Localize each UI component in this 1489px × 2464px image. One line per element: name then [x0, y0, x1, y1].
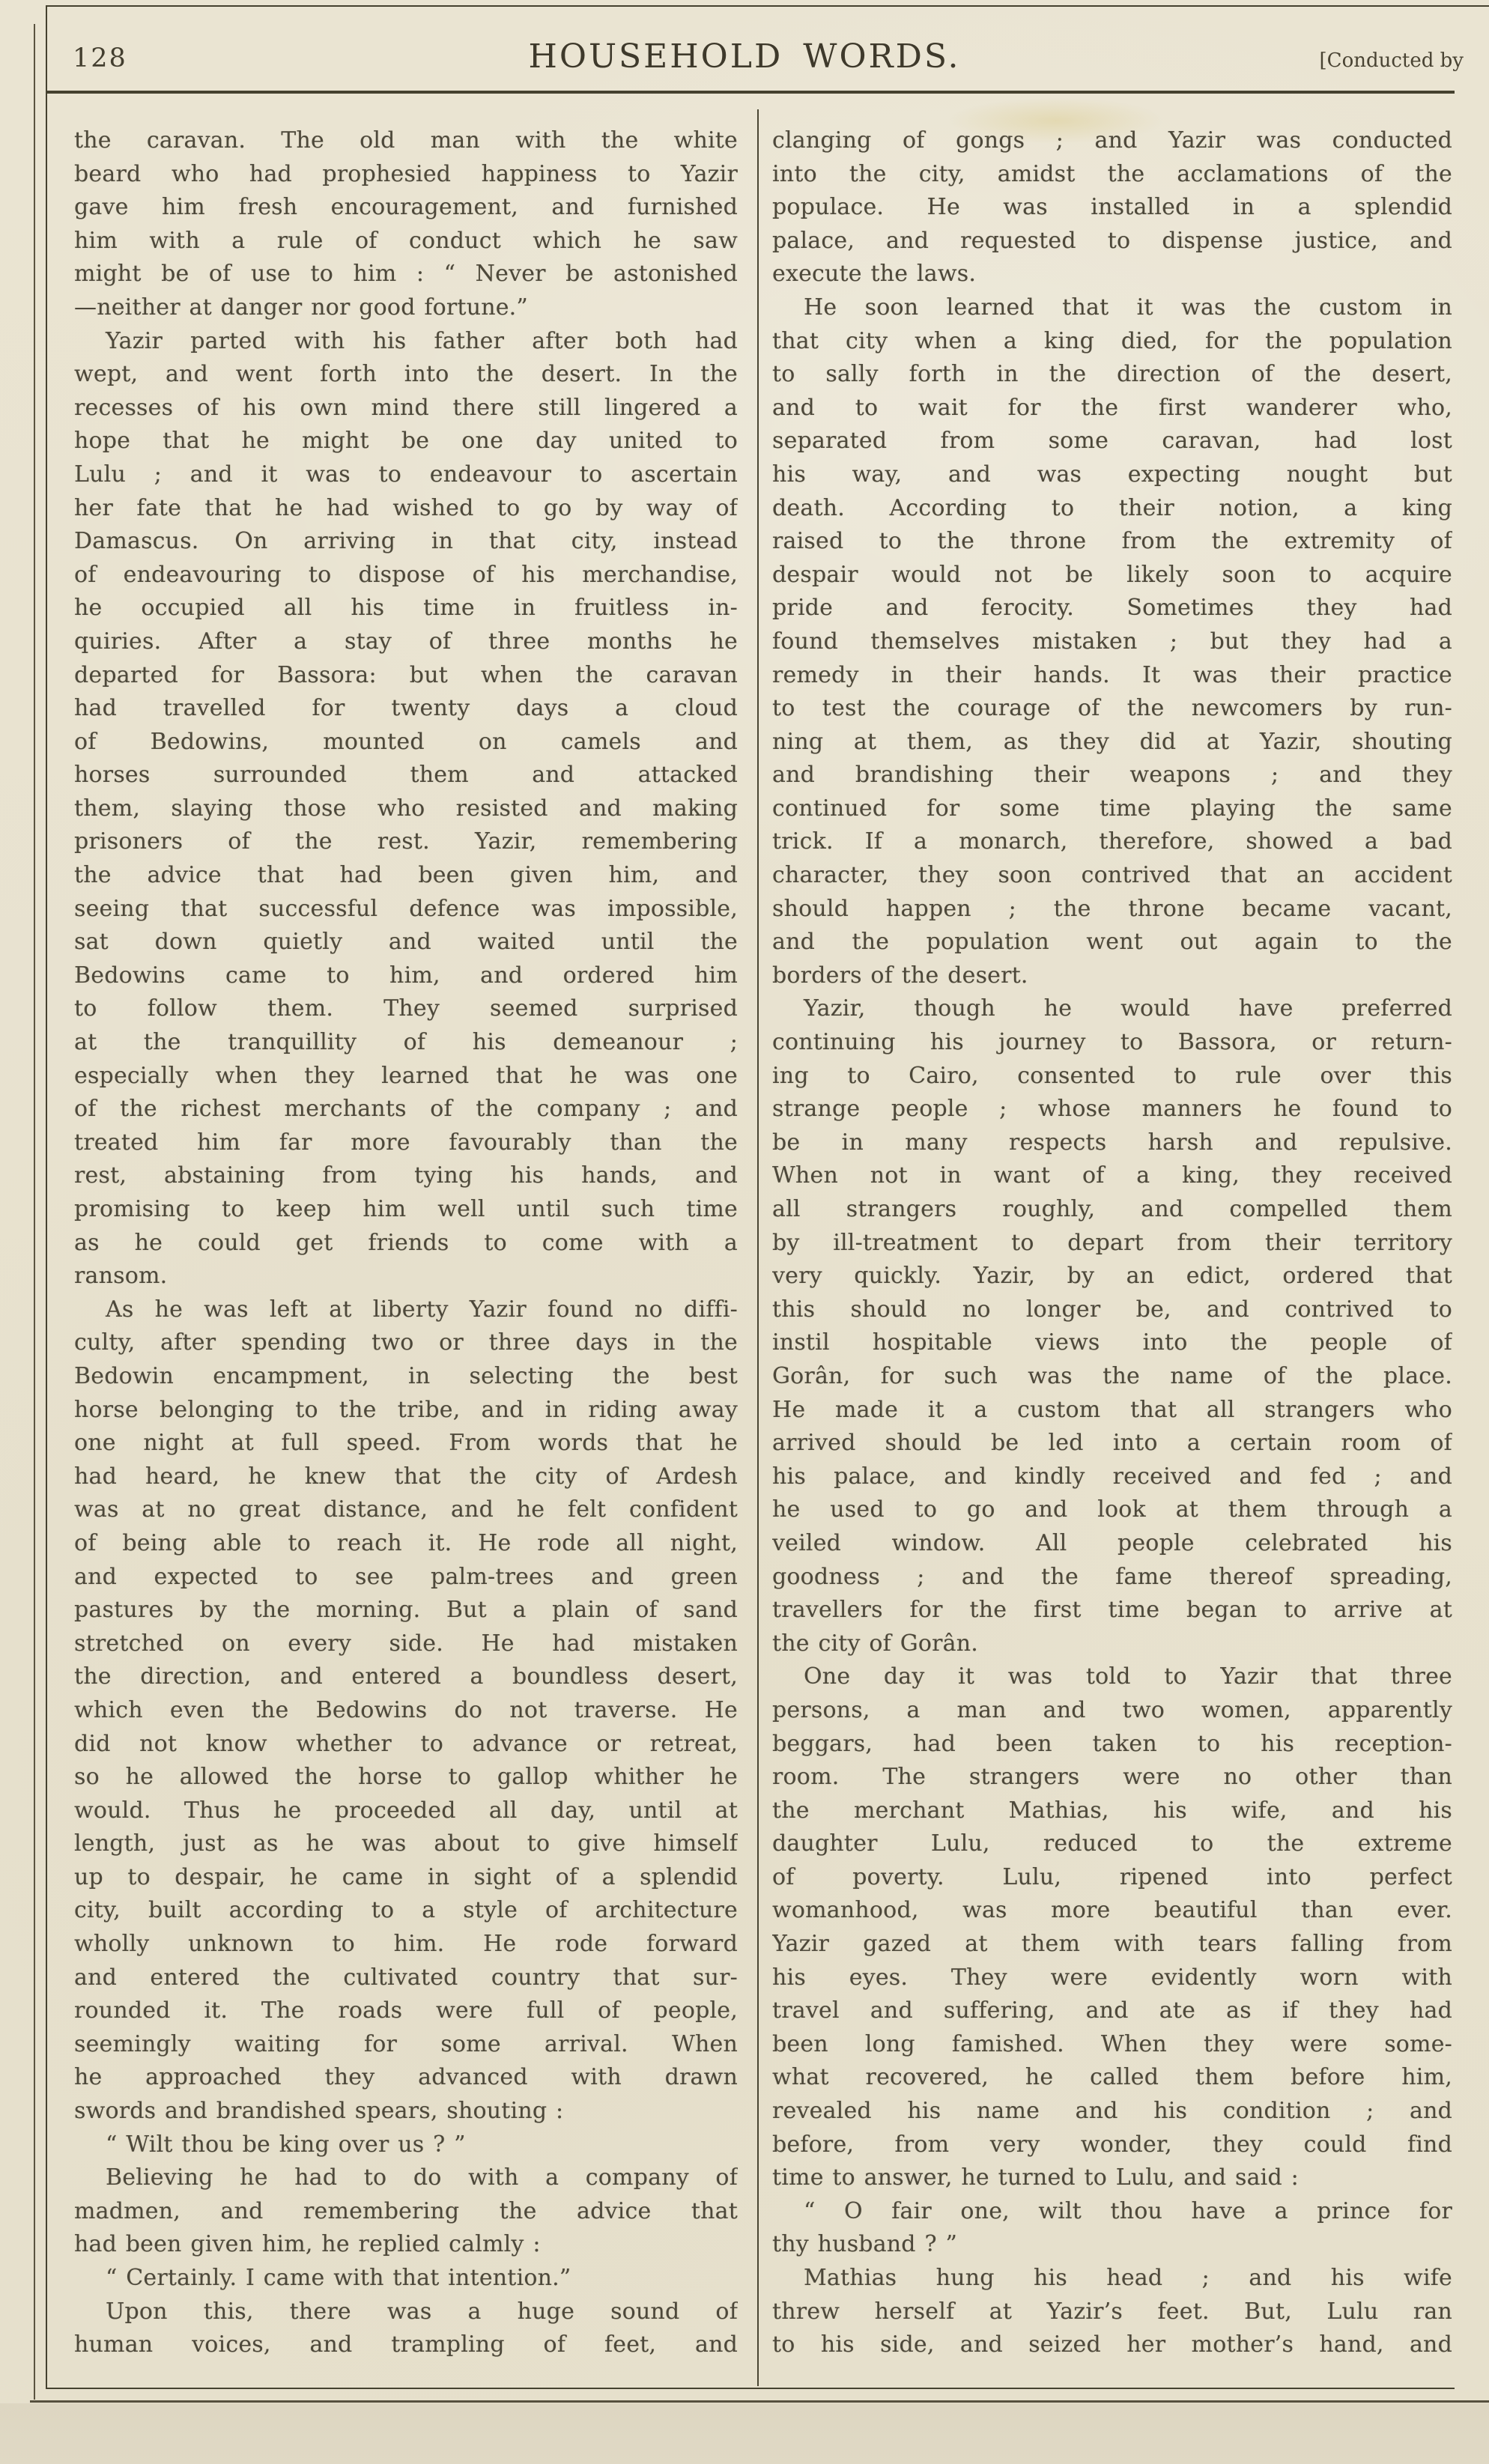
text-line: of being able to reach it. He rode all n…: [74, 1527, 738, 1561]
text-line: his palace, and kindly received and fed …: [772, 1460, 1452, 1494]
text-line: to his side, and seized her mother’s han…: [772, 2328, 1452, 2362]
text-line: Upon this, there was a huge sound of: [74, 2295, 738, 2329]
journal-title: HOUSEHOLD WORDS.: [0, 37, 1489, 76]
text-line: quiries. After a stay of three months he: [74, 625, 738, 659]
text-line: his way, and was expecting nought but: [772, 458, 1452, 492]
text-line: might be of use to him : “ Never be asto…: [74, 258, 738, 291]
text-line: horses surrounded them and attacked: [74, 759, 738, 792]
text-line: Bedowins came to him, and ordered him: [74, 959, 738, 993]
text-line: that city when a king died, for the popu…: [772, 325, 1452, 359]
text-line: and expected to see palm-trees and green: [74, 1561, 738, 1594]
text-line: and brandishing their weapons ; and they: [772, 759, 1452, 792]
text-line: so he allowed the horse to gallop whithe…: [74, 1761, 738, 1794]
header-rule: [46, 91, 1455, 94]
text-line: to test the courage of the newcomers by …: [772, 692, 1452, 726]
text-line: He soon learned that it was the custom i…: [772, 291, 1452, 325]
text-line: rest, abstaining from tying his hands, a…: [74, 1159, 738, 1193]
text-line: One day it was told to Yazir that three: [772, 1660, 1452, 1694]
text-line: travel and suffering, and ate as if they…: [772, 1994, 1452, 2028]
text-line: treated him far more favourably than the: [74, 1126, 738, 1160]
text-line: He made it a custom that all strangers w…: [772, 1394, 1452, 1427]
page-edge-left-outer-rule: [34, 24, 35, 2400]
text-line: revealed his name and his condition ; an…: [772, 2095, 1452, 2128]
text-line: horse belonging to the tribe, and in rid…: [74, 1394, 738, 1427]
text-line: palace, and requested to dispense justic…: [772, 225, 1452, 258]
text-line: borders of the desert.: [772, 959, 1452, 993]
text-line: Believing he had to do with a company of: [74, 2161, 738, 2195]
text-column-left: the caravan. The old man with the whiteb…: [74, 124, 738, 2362]
text-line: of endeavouring to dispose of his mercha…: [74, 559, 738, 592]
text-line: separated from some caravan, had lost: [772, 425, 1452, 458]
text-line: him with a rule of conduct which he saw: [74, 225, 738, 258]
text-line: to sally forth in the direction of the d…: [772, 358, 1452, 392]
text-line: death. According to their notion, a king: [772, 492, 1452, 526]
text-line: ing to Cairo, consented to rule over thi…: [772, 1060, 1452, 1093]
text-line: seemingly waiting for some arrival. When: [74, 2028, 738, 2062]
column-divider-rule: [757, 109, 759, 2386]
text-line: hope that he might be one day united to: [74, 425, 738, 458]
text-line: When not in want of a king, they receive…: [772, 1159, 1452, 1193]
text-line: human voices, and trampling of feet, and: [74, 2328, 738, 2362]
text-line: Mathias hung his head ; and his wife: [772, 2262, 1452, 2295]
text-line: remedy in their hands. It was their prac…: [772, 659, 1452, 693]
text-line: did not know whether to advance or retre…: [74, 1728, 738, 1761]
text-line: wept, and went forth into the desert. In…: [74, 358, 738, 392]
text-line: by ill-treatment to depart from their te…: [772, 1227, 1452, 1260]
text-line: into the city, amidst the acclamations o…: [772, 158, 1452, 192]
text-line: swords and brandished spears, shouting :: [74, 2095, 738, 2128]
text-line: “ O fair one, wilt thou have a prince fo…: [772, 2195, 1452, 2229]
text-line: ransom.: [74, 1260, 738, 1293]
text-line: daughter Lulu, reduced to the extreme: [772, 1827, 1452, 1861]
text-line: goodness ; and the fame thereof spreadin…: [772, 1561, 1452, 1594]
page-bottom-margin: [0, 2403, 1489, 2464]
text-line: threw herself at Yazir’s feet. But, Lulu…: [772, 2295, 1452, 2329]
text-line: up to despair, he came in sight of a spl…: [74, 1861, 738, 1895]
text-line: which even the Bedowins do not traverse.…: [74, 1694, 738, 1728]
text-line: the merchant Mathias, his wife, and his: [772, 1794, 1452, 1828]
text-line: of the richest merchants of the company …: [74, 1093, 738, 1126]
text-line: veiled window. All people celebrated his: [772, 1527, 1452, 1561]
text-line: them, slaying those who resisted and mak…: [74, 792, 738, 826]
text-line: of Bedowins, mounted on camels and: [74, 726, 738, 759]
text-line: gave him fresh encouragement, and furnis…: [74, 191, 738, 225]
text-line: this should no longer be, and contrived …: [772, 1293, 1452, 1327]
text-line: pastures by the morning. But a plain of …: [74, 1594, 738, 1627]
page-border-bottom-rule: [46, 2388, 1455, 2389]
text-line: departed for Bassora: but when the carav…: [74, 659, 738, 693]
text-line: instil hospitable views into the people …: [772, 1326, 1452, 1360]
text-line: the direction, and entered a boundless d…: [74, 1660, 738, 1694]
text-line: the city of Gorân.: [772, 1627, 1452, 1661]
text-line: very quickly. Yazir, by an edict, ordere…: [772, 1260, 1452, 1293]
text-line: continued for some time playing the same: [772, 792, 1452, 826]
text-line: he occupied all his time in fruitless in…: [74, 592, 738, 625]
text-line: —neither at danger nor good fortune.”: [74, 291, 738, 325]
text-line: before, from very wonder, they could fin…: [772, 2128, 1452, 2162]
text-line: her fate that he had wished to go by way…: [74, 492, 738, 526]
text-line: continuing his journey to Bassora, or re…: [772, 1026, 1452, 1060]
text-line: and to wait for the first wanderer who,: [772, 392, 1452, 425]
text-line: rounded it. The roads were full of peopl…: [74, 1994, 738, 2028]
text-line: beggars, had been taken to his reception…: [772, 1728, 1452, 1761]
text-line: all strangers roughly, and compelled the…: [772, 1193, 1452, 1227]
text-line: he used to go and look at them through a: [772, 1493, 1452, 1527]
text-line: execute the laws.: [772, 258, 1452, 291]
text-line: the caravan. The old man with the white: [74, 124, 738, 158]
text-line: stretched on every side. He had mistaken: [74, 1627, 738, 1661]
text-line: and entered the cultivated country that …: [74, 1961, 738, 1995]
text-line: had heard, he knew that the city of Arde…: [74, 1460, 738, 1494]
text-line: of poverty. Lulu, ripened into perfect: [772, 1861, 1452, 1895]
text-line: recesses of his own mind there still lin…: [74, 392, 738, 425]
text-line: trick. If a monarch, therefore, showed a…: [772, 825, 1452, 859]
text-line: and the population went out again to the: [772, 926, 1452, 959]
text-line: Yazir parted with his father after both …: [74, 325, 738, 359]
text-line: his eyes. They were evidently worn with: [772, 1961, 1452, 1995]
text-line: time to answer, he turned to Lulu, and s…: [772, 2161, 1452, 2195]
text-line: Yazir, though he would have preferred: [772, 992, 1452, 1026]
page-edge-bottom-rule: [30, 2400, 1489, 2403]
text-line: wholly unknown to him. He rode forward: [74, 1928, 738, 1961]
text-line: had been given him, he replied calmly :: [74, 2228, 738, 2262]
page-border-left-rule: [46, 5, 47, 2389]
text-line: length, just as he was about to give him…: [74, 1827, 738, 1861]
text-line: populace. He was installed in a splendid: [772, 191, 1452, 225]
text-line: especially when they learned that he was…: [74, 1060, 738, 1093]
text-line: madmen, and remembering the advice that: [74, 2195, 738, 2229]
text-line: was at no great distance, and he felt co…: [74, 1493, 738, 1527]
text-line: be in many respects harsh and repulsive.: [772, 1126, 1452, 1160]
text-line: promising to keep him well until such ti…: [74, 1193, 738, 1227]
text-line: found themselves mistaken ; but they had…: [772, 625, 1452, 659]
text-line: to follow them. They seemed surprised: [74, 992, 738, 1026]
text-line: been long famished. When they were some-: [772, 2028, 1452, 2062]
text-line: Lulu ; and it was to endeavour to ascert…: [74, 458, 738, 492]
text-line: arrived should be led into a certain roo…: [772, 1427, 1452, 1460]
text-line: seeing that successful defence was impos…: [74, 893, 738, 926]
text-line: Damascus. On arriving in that city, inst…: [74, 525, 738, 559]
text-line: had travelled for twenty days a cloud: [74, 692, 738, 726]
text-line: travellers for the first time began to a…: [772, 1594, 1452, 1627]
text-line: city, built according to a style of arch…: [74, 1894, 738, 1928]
text-line: prisoners of the rest. Yazir, rememberin…: [74, 825, 738, 859]
text-line: pride and ferocity. Sometimes they had: [772, 592, 1452, 625]
text-line: room. The strangers were no other than: [772, 1761, 1452, 1794]
text-line: womanhood, was more beautiful than ever.: [772, 1894, 1452, 1928]
text-line: persons, a man and two women, apparently: [772, 1694, 1452, 1728]
text-line: “ Certainly. I came with that intention.…: [74, 2262, 738, 2295]
text-line: ning at them, as they did at Yazir, shou…: [772, 726, 1452, 759]
text-line: at the tranquillity of his demeanour ;: [74, 1026, 738, 1060]
text-line: clanging of gongs ; and Yazir was conduc…: [772, 124, 1452, 158]
text-line: despair would not be likely soon to acqu…: [772, 559, 1452, 592]
text-line: Yazir gazed at them with tears falling f…: [772, 1928, 1452, 1961]
page-border-top-rule: [46, 5, 1489, 7]
text-line: thy husband ? ”: [772, 2228, 1452, 2262]
text-line: As he was left at liberty Yazir found no…: [74, 1293, 738, 1327]
text-line: character, they soon contrived that an a…: [772, 859, 1452, 893]
text-line: would. Thus he proceeded all day, until …: [74, 1794, 738, 1828]
text-line: culty, after spending two or three days …: [74, 1326, 738, 1360]
text-line: should happen ; the throne became vacant…: [772, 893, 1452, 926]
header-conducted-by: [Conducted by: [1320, 49, 1464, 72]
text-line: raised to the throne from the extremity …: [772, 525, 1452, 559]
text-line: “ Wilt thou be king over us ? ”: [74, 2128, 738, 2162]
text-line: one night at full speed. From words that…: [74, 1427, 738, 1460]
text-line: he approached they advanced with drawn: [74, 2061, 738, 2095]
text-line: the advice that had been given him, and: [74, 859, 738, 893]
text-line: sat down quietly and waited until the: [74, 926, 738, 959]
text-line: beard who had prophesied happiness to Ya…: [74, 158, 738, 192]
text-column-right: clanging of gongs ; and Yazir was conduc…: [772, 124, 1452, 2362]
text-line: Bedowin encampment, in selecting the bes…: [74, 1360, 738, 1394]
text-line: Gorân, for such was the name of the plac…: [772, 1360, 1452, 1394]
text-line: strange people ; whose manners he found …: [772, 1093, 1452, 1126]
text-line: what recovered, he called them before hi…: [772, 2061, 1452, 2095]
text-line: as he could get friends to come with a: [74, 1227, 738, 1260]
